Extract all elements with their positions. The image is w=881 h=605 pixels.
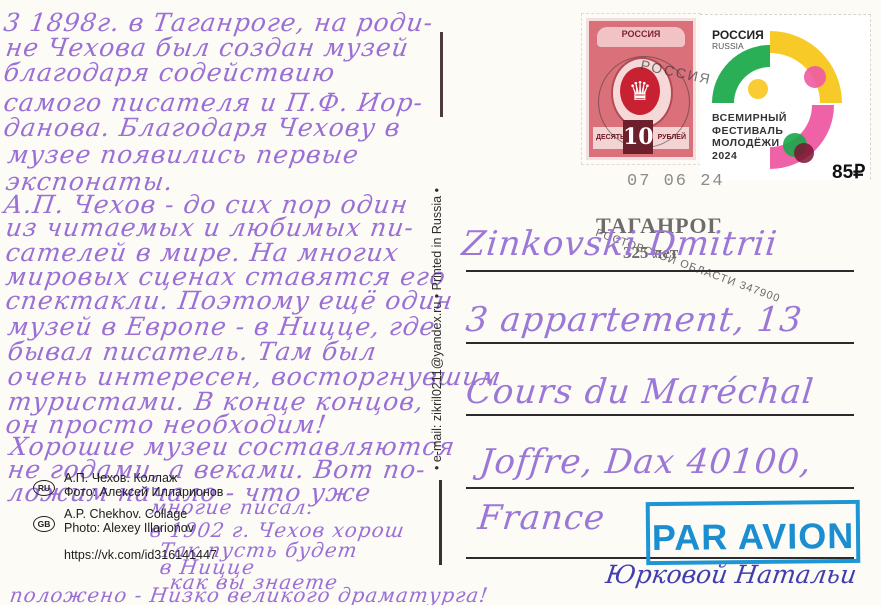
address-rule — [466, 414, 854, 416]
credit-ru-photo: Фото: Алексей Илларионов — [64, 485, 223, 499]
address-rule — [466, 270, 854, 272]
sender-signature: Юрковой Натальи — [604, 560, 858, 589]
address-line: Cours du Maréchal — [464, 372, 816, 412]
stamp-country: РОССИЯ — [597, 27, 685, 47]
airmail-label: PAR AVION — [646, 500, 861, 565]
center-divider-bottom — [439, 480, 442, 565]
credit-url: https://vk.com/id316141447 — [64, 548, 217, 562]
credit-en-photo: Photo: Alexey Illarionov — [64, 521, 194, 535]
address-rule — [466, 342, 854, 344]
address-line: France — [476, 498, 607, 538]
gb-language-badge: GB — [33, 516, 55, 532]
message-line: спектакли. Поэтому ещё один — [4, 286, 455, 315]
publisher-imprint: • e-mail: zikril0211@yandex.ru • Printed… — [430, 188, 444, 470]
title-line: ВСЕМИРНЫЙ — [712, 112, 787, 125]
address-line: Zinkovski Dmitrii — [460, 224, 780, 264]
postmark-date: 07 06 24 — [627, 172, 725, 191]
address-line: 3 appartement, 13 — [464, 300, 805, 340]
credit-en-title: A.P. Chekhov. Collage — [64, 507, 187, 521]
ru-language-badge: RU — [33, 480, 55, 496]
center-divider-top — [440, 32, 443, 117]
title-line: ФЕСТИВАЛЬ — [712, 125, 787, 138]
message-line: положено - Низко великого драматурга! — [8, 583, 490, 605]
address-line: Joffre, Dax 40100, — [478, 442, 814, 482]
address-rule — [466, 487, 854, 489]
title-line: МОЛОДЁЖИ — [712, 137, 787, 150]
message-line: данова. Благодаря Чехову в — [2, 113, 403, 142]
message-line: благодаря содействию — [2, 58, 337, 87]
festival-stamp: РОССИЯ RUSSIA ВСЕМИРНЫЙ ФЕСТИВАЛЬ МОЛОДЁ… — [700, 14, 871, 180]
title-line: 2024 — [712, 150, 787, 163]
credit-ru-title: А.П. Чехов. Коллаж — [64, 471, 177, 485]
message-line: музее появились первые — [6, 140, 361, 169]
festival-stamp-title: ВСЕМИРНЫЙ ФЕСТИВАЛЬ МОЛОДЁЖИ 2024 — [712, 112, 787, 162]
festival-stamp-price: 85₽ — [832, 161, 865, 184]
